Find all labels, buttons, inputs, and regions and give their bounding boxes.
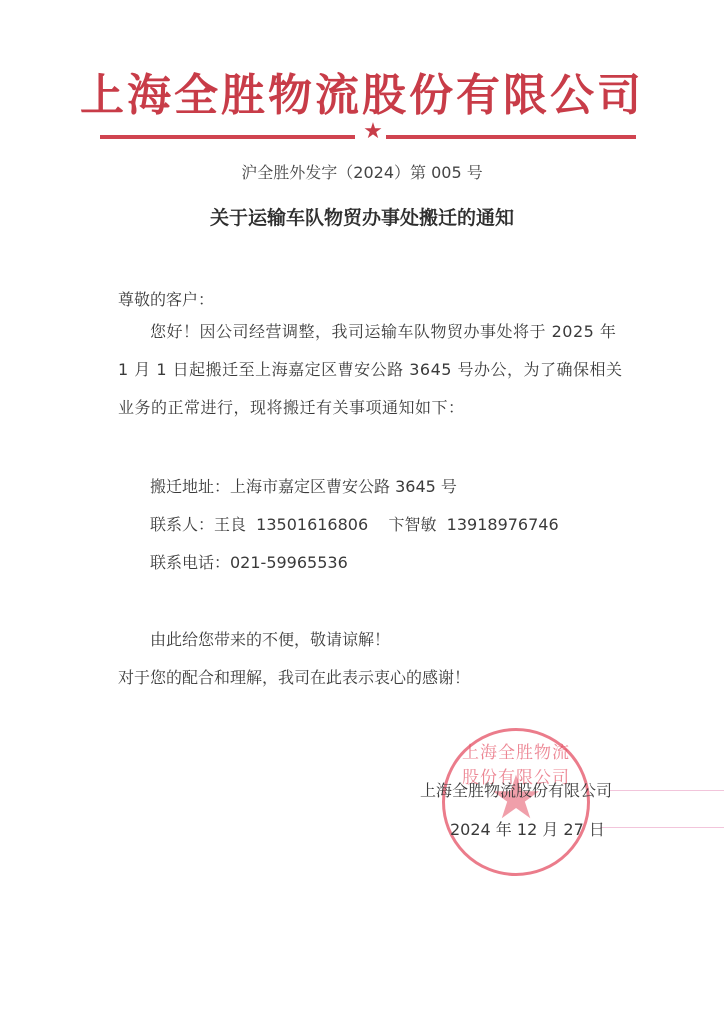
contact-phone: 联系电话：021-59965536 (150, 553, 348, 573)
document-title: 关于运输车队物贸办事处搬迁的通知 (0, 203, 724, 230)
contact-persons: 联系人：王良 13501616806 卞智敏 13918976746 (150, 515, 559, 535)
star-icon: ★ (362, 121, 384, 143)
scan-artifact-line (610, 790, 724, 791)
relocation-address: 搬迁地址：上海市嘉定区曹安公路 3645 号 (150, 477, 457, 497)
signature-date: 2024 年 12 月 27 日 (450, 820, 605, 840)
intro-line: 1 月 1 日起搬迁至上海嘉定区曹安公路 3645 号办公，为了确保相关 (118, 360, 623, 380)
intro-line: 您好！因公司经营调整，我司运输车队物贸办事处将于 2025 年 (150, 322, 616, 342)
apology-line: 由此给您带来的不便，敬请谅解！ (150, 630, 390, 650)
scan-artifact-line (600, 827, 724, 828)
intro-line: 业务的正常进行，现将搬迁有关事项通知如下： (118, 398, 465, 418)
salutation: 尊敬的客户： (118, 290, 214, 310)
letterhead-divider-left (100, 135, 355, 139)
letterhead-divider-right (386, 135, 636, 139)
company-letterhead: 上海全胜物流股份有限公司 (0, 68, 724, 124)
thanks-line: 对于您的配合和理解，我司在此表示衷心的感谢！ (118, 668, 470, 688)
document-number: 沪全胜外发字（2024）第 005 号 (0, 160, 724, 183)
signature-company: 上海全胜物流股份有限公司 (420, 781, 612, 801)
